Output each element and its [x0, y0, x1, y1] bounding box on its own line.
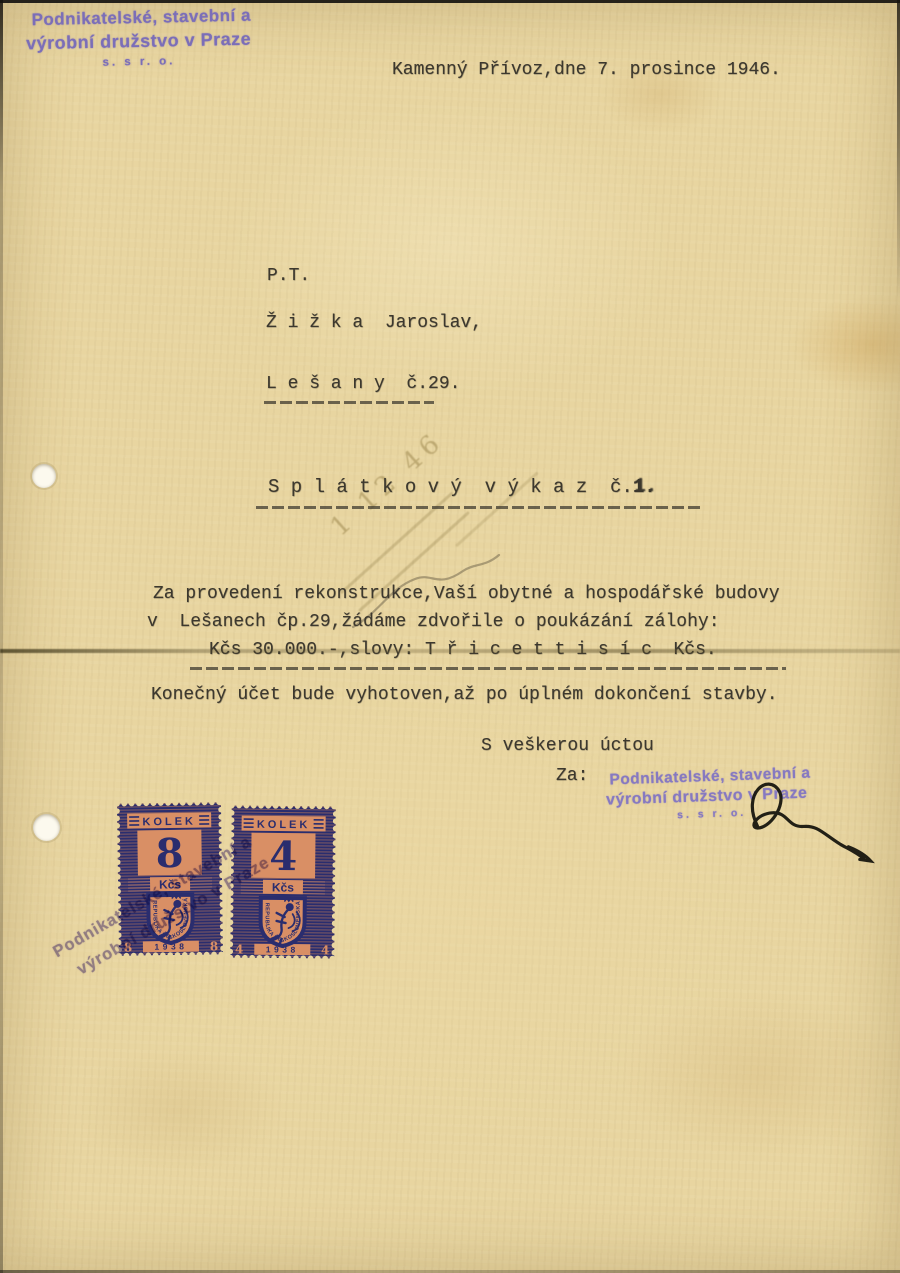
- company-stamp-line: Podnikatelské, stavební a: [31, 6, 251, 31]
- stamp-corner-value: 8: [210, 939, 219, 953]
- subject-label: S p l á t k o v ý v ý k a z č.: [268, 476, 633, 498]
- fold-crease: [0, 649, 900, 653]
- document-page: 1 12 46 Podnikatelské, stavební a výrobn…: [0, 0, 900, 1273]
- recipient-name: Ž i ž k a Jaroslav,: [266, 313, 482, 333]
- body-line: v Lešanech čp.29,žádáme zdvořile o pouká…: [147, 612, 720, 632]
- stamp-corner-value: 4: [235, 943, 244, 957]
- underline: [190, 667, 786, 670]
- stamp-title: KOLEK: [142, 816, 196, 829]
- punch-hole-top: [32, 464, 56, 488]
- signature-ink: [697, 751, 893, 881]
- body-line: Za provedení rekonstrukce,Vaší obytné a …: [153, 584, 780, 604]
- stamp-corner-value: 4: [321, 943, 330, 957]
- company-stamp-header: Podnikatelské, stavební a výrobní družst…: [25, 6, 252, 71]
- underline: [264, 401, 434, 404]
- signoff-courtesy: S veškerou úctou: [481, 736, 654, 756]
- recipient-salutation: P.T.: [267, 266, 310, 286]
- subject-line: S p l á t k o v ý v ý k a z č.1.1.: [268, 476, 656, 498]
- underline: [256, 506, 704, 509]
- recipient-address: L e š a n y č.29.: [266, 374, 460, 394]
- company-stamp-line: s. s r. o.: [26, 54, 251, 71]
- punch-hole-bottom: [33, 814, 60, 841]
- scan-edge-left: [0, 0, 3, 1273]
- date-line: Kamenný Přívoz,dne 7. prosince 1946.: [392, 60, 781, 80]
- company-stamp-line: výrobní družstvo v Praze: [26, 29, 252, 55]
- subject-number-overtyped: 1.1.: [633, 476, 656, 498]
- scan-edge-top: [0, 0, 900, 3]
- signoff-za: Za:: [556, 766, 588, 786]
- stamp-currency: Kčs: [272, 880, 294, 894]
